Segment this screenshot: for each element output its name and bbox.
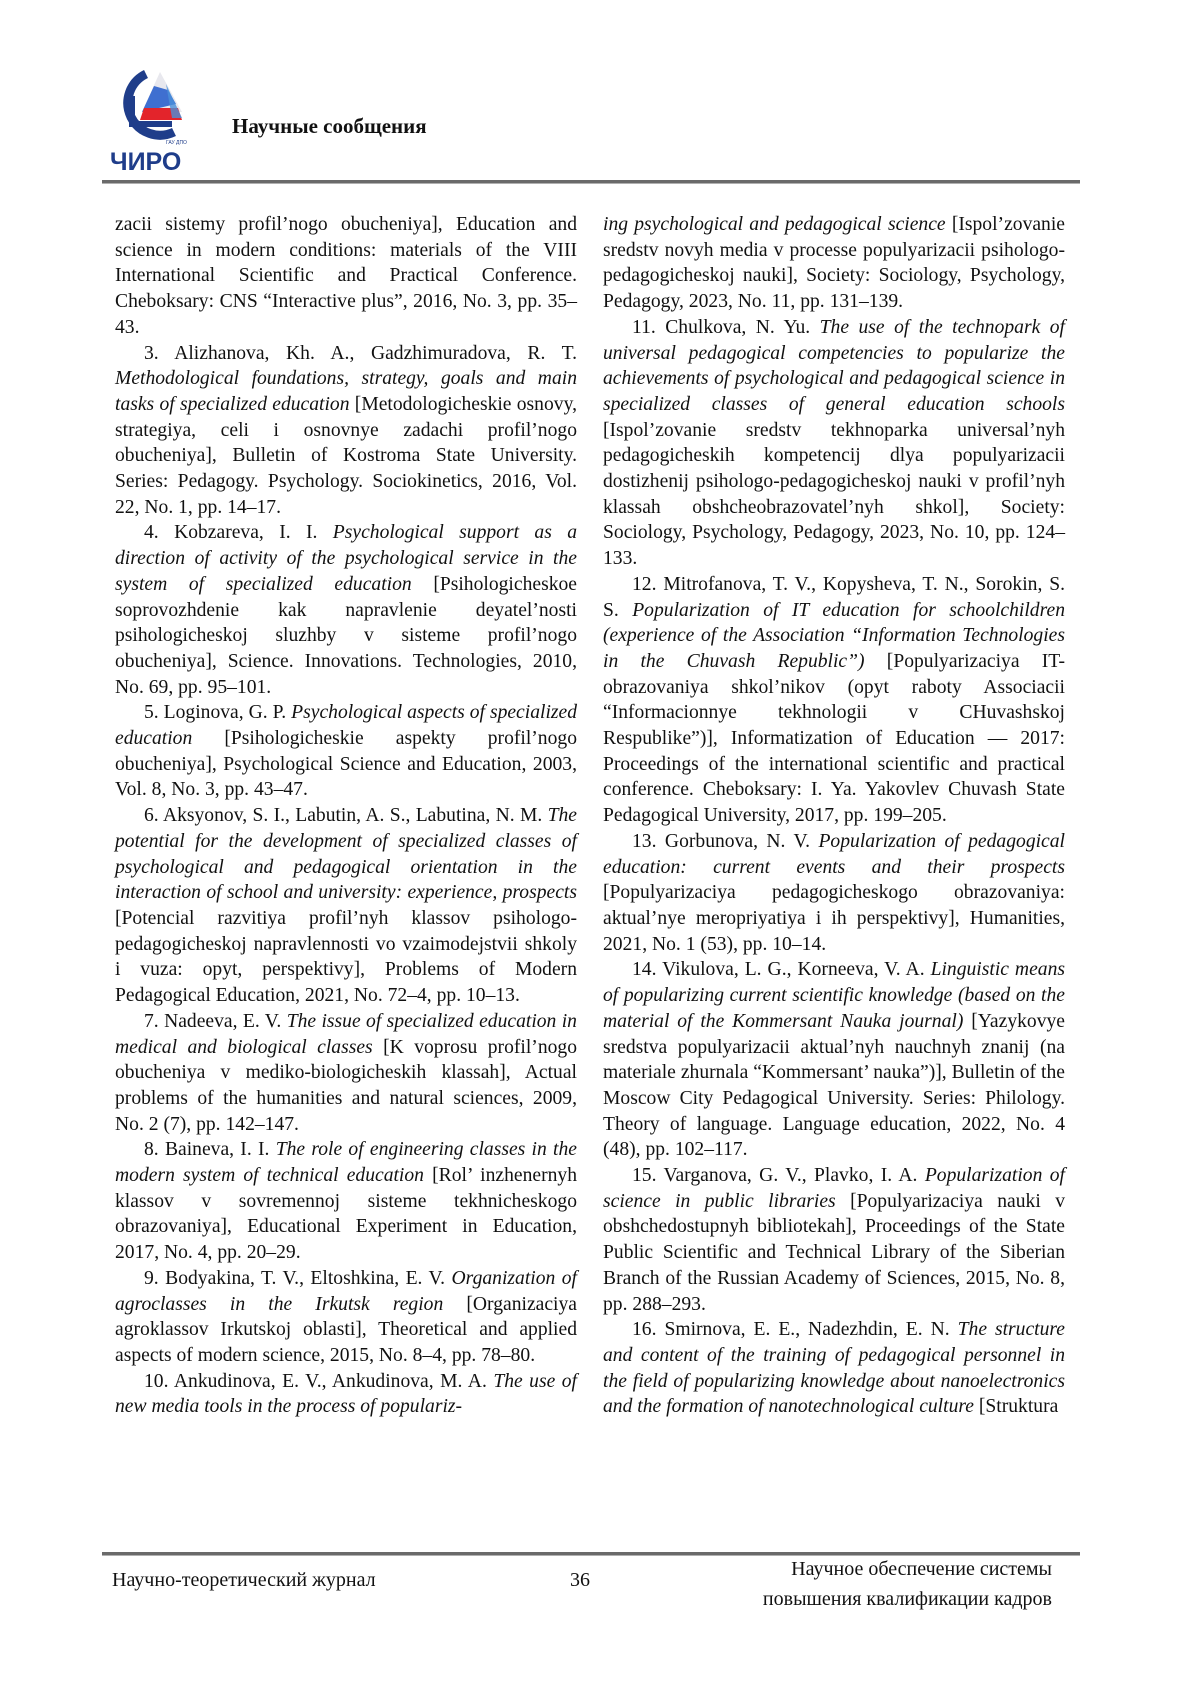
reference-entry: 11. Chulkova, N. Yu. The use of the tech… (603, 315, 1065, 572)
reference-authors: 8. Baineva, I. I. (144, 1139, 276, 1160)
reference-authors: 11. Chulkova, N. Yu. (632, 317, 820, 338)
svg-text:ГАУ ДПО: ГАУ ДПО (166, 140, 187, 146)
references-left-column: zacii sistemy profil’nogo obucheniya], E… (115, 212, 577, 1420)
reference-entry: 12. Mitrofanova, T. V., Kopysheva, T. N.… (603, 572, 1065, 829)
reference-entry: 5. Loginova, G. P. Psychological aspects… (115, 700, 577, 803)
reference-details: [Populyarizaciya IT-obrazovaniya shkol’n… (603, 651, 1065, 826)
reference-entry: 4. Kobzareva, I. I. Psychological suppor… (115, 520, 577, 700)
page-number: 36 (570, 1569, 590, 1592)
reference-details: [Struktura (974, 1396, 1058, 1417)
chiro-logo: ГАУ ДПО ЧИРО (108, 68, 198, 176)
reference-details: zacii sistemy profil’nogo obucheniya], E… (115, 214, 577, 338)
reference-details: [Ispol’zovanie sredstv tekhnoparka unive… (603, 420, 1065, 570)
references-right-column: ing psychological and pedagogical scienc… (603, 212, 1065, 1420)
footer-journal-type: Научно-теоретический журнал (112, 1569, 376, 1592)
reference-authors: 10. Ankudinova, E. V., Ankudinova, M. A. (144, 1371, 493, 1392)
reference-entry: 15. Varganova, G. V., Plavko, I. A. Popu… (603, 1163, 1065, 1317)
reference-entry: 13. Gorbunova, N. V. Popularization of p… (603, 829, 1065, 958)
reference-authors: 4. Kobzareva, I. I. (144, 522, 333, 543)
reference-details: [Populyarizaciya pedagogicheskogo obra­z… (603, 882, 1065, 954)
reference-entry: zacii sistemy profil’nogo obucheniya], E… (115, 212, 577, 341)
footer-journal-name-line1: Научное обеспечение системы (763, 1554, 1052, 1584)
reference-authors: 14. Vikulova, L. G., Korneeva, V. A. (632, 959, 931, 980)
footer-journal-name-line2: повышения квалификации кадров (763, 1584, 1052, 1614)
footer-journal-name: Научное обеспечение системы повышения кв… (763, 1554, 1052, 1614)
reference-entry: 16. Smirnova, E. E., Nadezhdin, E. N. Th… (603, 1317, 1065, 1420)
reference-entry: 8. Baineva, I. I. The role of engineerin… (115, 1137, 577, 1266)
reference-entry: ing psychological and pedagogical scienc… (603, 212, 1065, 315)
logo-wordmark: ЧИРО (110, 148, 181, 176)
reference-authors: 7. Nadeeva, E. V. (144, 1011, 287, 1032)
reference-authors: 15. Varganova, G. V., Plavko, I. A. (632, 1165, 925, 1186)
reference-authors: 5. Loginova, G. P. (144, 702, 291, 723)
reference-authors: 16. Smirnova, E. E., Nadezhdin, E. N. (632, 1319, 958, 1340)
reference-entry: 10. Ankudinova, E. V., Ankudinova, M. A.… (115, 1369, 577, 1420)
reference-details: [Yazykovye sredstva populyarizacii ak­tu… (603, 1011, 1065, 1161)
reference-entry: 14. Vikulova, L. G., Korneeva, V. A. Lin… (603, 957, 1065, 1163)
page-header: ГАУ ДПО ЧИРО Научные сообщения (108, 68, 1078, 178)
reference-authors: 3. Alizhanova, Kh. A., Gadzhimuradova, R… (144, 343, 577, 364)
reference-title: ing psychological and pedagogical scienc… (603, 214, 946, 235)
reference-authors: 13. Gorbunova, N. V. (632, 831, 818, 852)
reference-details: [Potencial razvitiya pro­fil’nyh klassov… (115, 908, 577, 1006)
reference-entry: 3. Alizhanova, Kh. A., Gadzhimuradova, R… (115, 341, 577, 521)
section-title: Научные сообщения (232, 114, 427, 139)
reference-authors: 9. Bodyakina, T. V., Eltoshkina, E. V. (144, 1268, 452, 1289)
header-divider (102, 180, 1080, 184)
reference-entry: 7. Nadeeva, E. V. The issue of specializ… (115, 1009, 577, 1138)
reference-entry: 6. Aksyonov, S. I., Labutin, A. S., Labu… (115, 803, 577, 1009)
reference-authors: 6. Aksyonov, S. I., Labutin, A. S., Labu… (144, 805, 548, 826)
reference-entry: 9. Bodyakina, T. V., Eltoshkina, E. V. O… (115, 1266, 577, 1369)
logo-emblem-icon: ГАУ ДПО ЧИРО (108, 68, 198, 176)
